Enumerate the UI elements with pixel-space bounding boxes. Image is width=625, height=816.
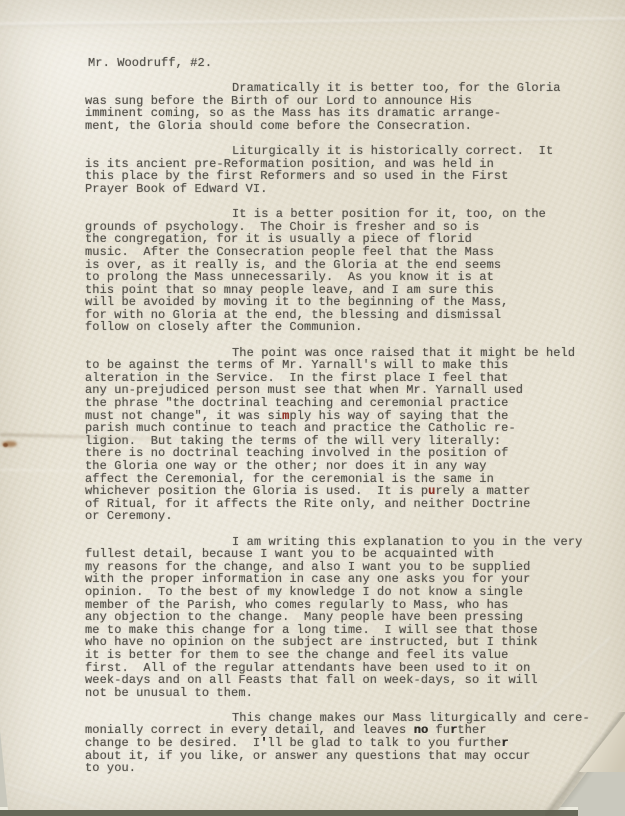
paper: Mr. Woodruff, #2. Dramatically it is bet… (0, 0, 625, 816)
scanned-letter-page: Mr. Woodruff, #2. Dramatically it is bet… (0, 0, 625, 816)
typed-line: whichever position the Gloria is used. I… (85, 485, 607, 498)
typed-line: to be against the terms of Mr. Yarnall's… (85, 359, 607, 372)
scan-edge-strip (0, 810, 578, 816)
typed-line: week-days and on all Feasts that fall on… (85, 674, 607, 687)
typed-line: to you. (85, 762, 607, 775)
typed-line: about it, if you like, or answer any que… (85, 750, 607, 763)
typed-line: it is better for them to see the change … (85, 649, 607, 662)
typed-line: to prolong the Mass unnecessarily. As yo… (85, 271, 607, 284)
typed-line: will be avoided by moving it to the begi… (85, 296, 607, 309)
typed-line: It is a better position for it, too, on … (85, 208, 607, 221)
stain-mark (2, 441, 17, 447)
typed-line: Prayer Book of Edward VI. (85, 183, 607, 196)
typed-line: parish much continue to teach and practi… (85, 422, 607, 435)
stain-mark (3, 443, 8, 447)
typed-line: change to be desired. I'll be glad to ta… (85, 737, 607, 750)
black-overstrike: ' (260, 736, 267, 750)
paragraph: Liturgically it is historically correct.… (85, 145, 607, 195)
typed-line: Dramatically it is better too, for the G… (85, 82, 607, 95)
crease-line (120, 36, 540, 42)
crease-line (0, 17, 625, 27)
paragraph: The point was once raised that it might … (85, 347, 607, 523)
paragraph: It is a better position for it, too, on … (85, 208, 607, 334)
letter-body: Mr. Woodruff, #2. Dramatically it is bet… (85, 57, 607, 787)
typed-line: or Ceremony. (85, 510, 607, 523)
typed-line: music. After the Consecration people fee… (85, 246, 607, 259)
paragraph: Dramatically it is better too, for the G… (85, 82, 607, 132)
black-overstrike: r (501, 736, 508, 750)
paragraphs: Dramatically it is better too, for the G… (85, 82, 607, 775)
paragraph: This change makes our Mass liturgically … (85, 712, 607, 775)
typed-line: the Gloria one way or the other; nor doe… (85, 460, 607, 473)
page-header: Mr. Woodruff, #2. (88, 57, 607, 70)
typed-line: follow on closely after the Communion. (85, 321, 607, 334)
typed-line: the phrase "the doctrinal teaching and c… (85, 397, 607, 410)
paragraph: I am writing this explanation to you in … (85, 536, 607, 700)
typed-line: ment, the Gloria should come before the … (85, 120, 607, 133)
typed-line: Liturgically it is historically correct.… (85, 145, 607, 158)
typed-line: fullest detail, because I want you to be… (85, 548, 607, 561)
typed-line: not be unusual to them. (85, 687, 607, 700)
typed-line: any objection to the change. Many people… (85, 611, 607, 624)
typed-line: opinion. To the best of my knowledge I d… (85, 586, 607, 599)
